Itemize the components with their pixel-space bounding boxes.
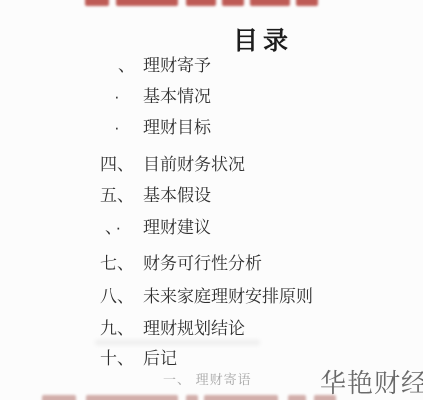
toc-item-label: 财务可行性分析: [143, 254, 262, 273]
toc-item-label: 基本假设: [143, 186, 211, 205]
toc-item-label: 理财规划结论: [143, 319, 245, 338]
toc-item-label: 理财目标: [143, 118, 211, 137]
toc-item-6[interactable]: 、· 理财建议: [100, 218, 211, 237]
toc-item-label: 未来家庭理财安排原则: [143, 287, 313, 306]
toc-item-label: 目前财务状况: [143, 155, 245, 174]
toc-item-marker: 九、: [100, 319, 143, 338]
toc-item-4[interactable]: 四、 目前财务状况: [100, 155, 245, 174]
toc-item-marker: 五、: [100, 186, 143, 205]
ghost-artifact-line: [95, 340, 260, 345]
toc-item-5[interactable]: 五、 基本假设: [100, 186, 211, 205]
toc-item-marker: ·: [100, 118, 143, 137]
toc-item-marker: 八、: [100, 287, 143, 306]
toc-item-marker: 四、: [100, 155, 143, 174]
toc-item-1[interactable]: 、 理财寄予: [100, 56, 211, 75]
toc-item-8[interactable]: 八、 未来家庭理财安排原则: [100, 287, 313, 306]
bottom-cropped-red-text: [42, 395, 336, 400]
toc-item-label: 理财建议: [143, 218, 211, 237]
toc-item-10[interactable]: 十、 后记: [100, 349, 177, 368]
toc-item-3[interactable]: · 理财目标: [100, 118, 211, 137]
toc-item-marker: 十、: [100, 349, 143, 368]
toc-item-label: 理财寄予: [143, 56, 211, 75]
toc-item-marker: 七、: [100, 254, 143, 273]
toc-item-label: 后记: [143, 349, 177, 368]
toc-item-marker: 、: [100, 56, 143, 75]
toc-item-label: 基本情况: [143, 87, 211, 106]
toc-item-2[interactable]: · 基本情况: [100, 87, 211, 106]
toc-item-marker: 、·: [100, 218, 143, 237]
toc-item-7[interactable]: 七、 财务可行性分析: [100, 254, 262, 273]
toc-item-marker: ·: [100, 87, 143, 106]
toc-item-9[interactable]: 九、 理财规划结论: [100, 319, 245, 338]
next-section-heading: 一、 理财寄语: [163, 369, 252, 388]
